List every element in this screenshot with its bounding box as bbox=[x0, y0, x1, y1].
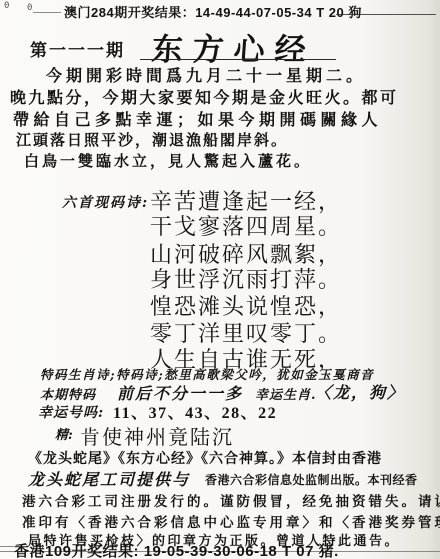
macau-result-line: 澳门284期开奖结果：14-49-44-07-05-34 T 20 狗 bbox=[64, 2, 362, 21]
corner-mark-right: 0 bbox=[27, 3, 32, 13]
macau-result-underline bbox=[336, 14, 436, 15]
notice-line-2: 港六合彩工司注册发行的。谨防假冒，经免抽资错失。请认 bbox=[22, 490, 440, 510]
issue-number: 第一一一期 bbox=[30, 36, 125, 61]
intro-line-1: 今期開彩時間爲九月二十一星期二。 bbox=[46, 63, 366, 86]
lucky-numbers-label: 幸运号吗: bbox=[38, 402, 104, 422]
intro-line-3: 帶給自己多點幸運；如果今期開碼關緣人 bbox=[13, 107, 382, 130]
jing-label: 精: bbox=[55, 424, 73, 443]
intro-poem-line-2: 白鳥一雙臨水立，見人驚起入蘆花。 bbox=[24, 150, 312, 171]
corner-underline bbox=[33, 12, 61, 13]
hk-result-line: 香港109开奖结果: 19-05-39-30-06-18 T 07 猪. bbox=[14, 540, 339, 559]
series-title-line: 《龙头蛇尾》《东方心经》《六合神算。》本信封由香港 bbox=[28, 448, 382, 468]
lucky-shengxiao-value: 〈龙，狗〉 bbox=[315, 380, 405, 403]
provider-name: 龙头蛇尾工司提供与 bbox=[28, 467, 190, 490]
scanned-lottery-sheet: 0 0 澳门284期开奖结果：14-49-44-07-05-34 T 20 狗 … bbox=[0, 0, 440, 559]
title-underline bbox=[140, 59, 336, 60]
tema-label: 本期特码 bbox=[40, 384, 96, 403]
intro-line-2: 晚九點分，今期大家要知今期是金火旺火。都可 bbox=[10, 85, 399, 108]
notice-line-3: 准印有〈香港六合彩信息中心监专用章〉和〈香港奖券管理 bbox=[22, 511, 440, 531]
bottom-dash bbox=[0, 546, 14, 547]
lucky-numbers-value: 11、37、43、28、22 bbox=[113, 400, 277, 423]
jing-text: 肯使神州竟陆沉 bbox=[80, 421, 234, 450]
code-poem-label: 六首现码诗: bbox=[62, 192, 149, 212]
intro-poem-line-1: 江頭落日照平沙，潮退漁船閣岸斜。 bbox=[16, 129, 288, 150]
corner-mark-left: 0 bbox=[4, 1, 9, 11]
provider-note: 香港六合彩信息处监制出版。本刊经香 bbox=[205, 471, 418, 488]
code-poem-line-2: 干戈寥落四周星。 bbox=[150, 210, 342, 241]
